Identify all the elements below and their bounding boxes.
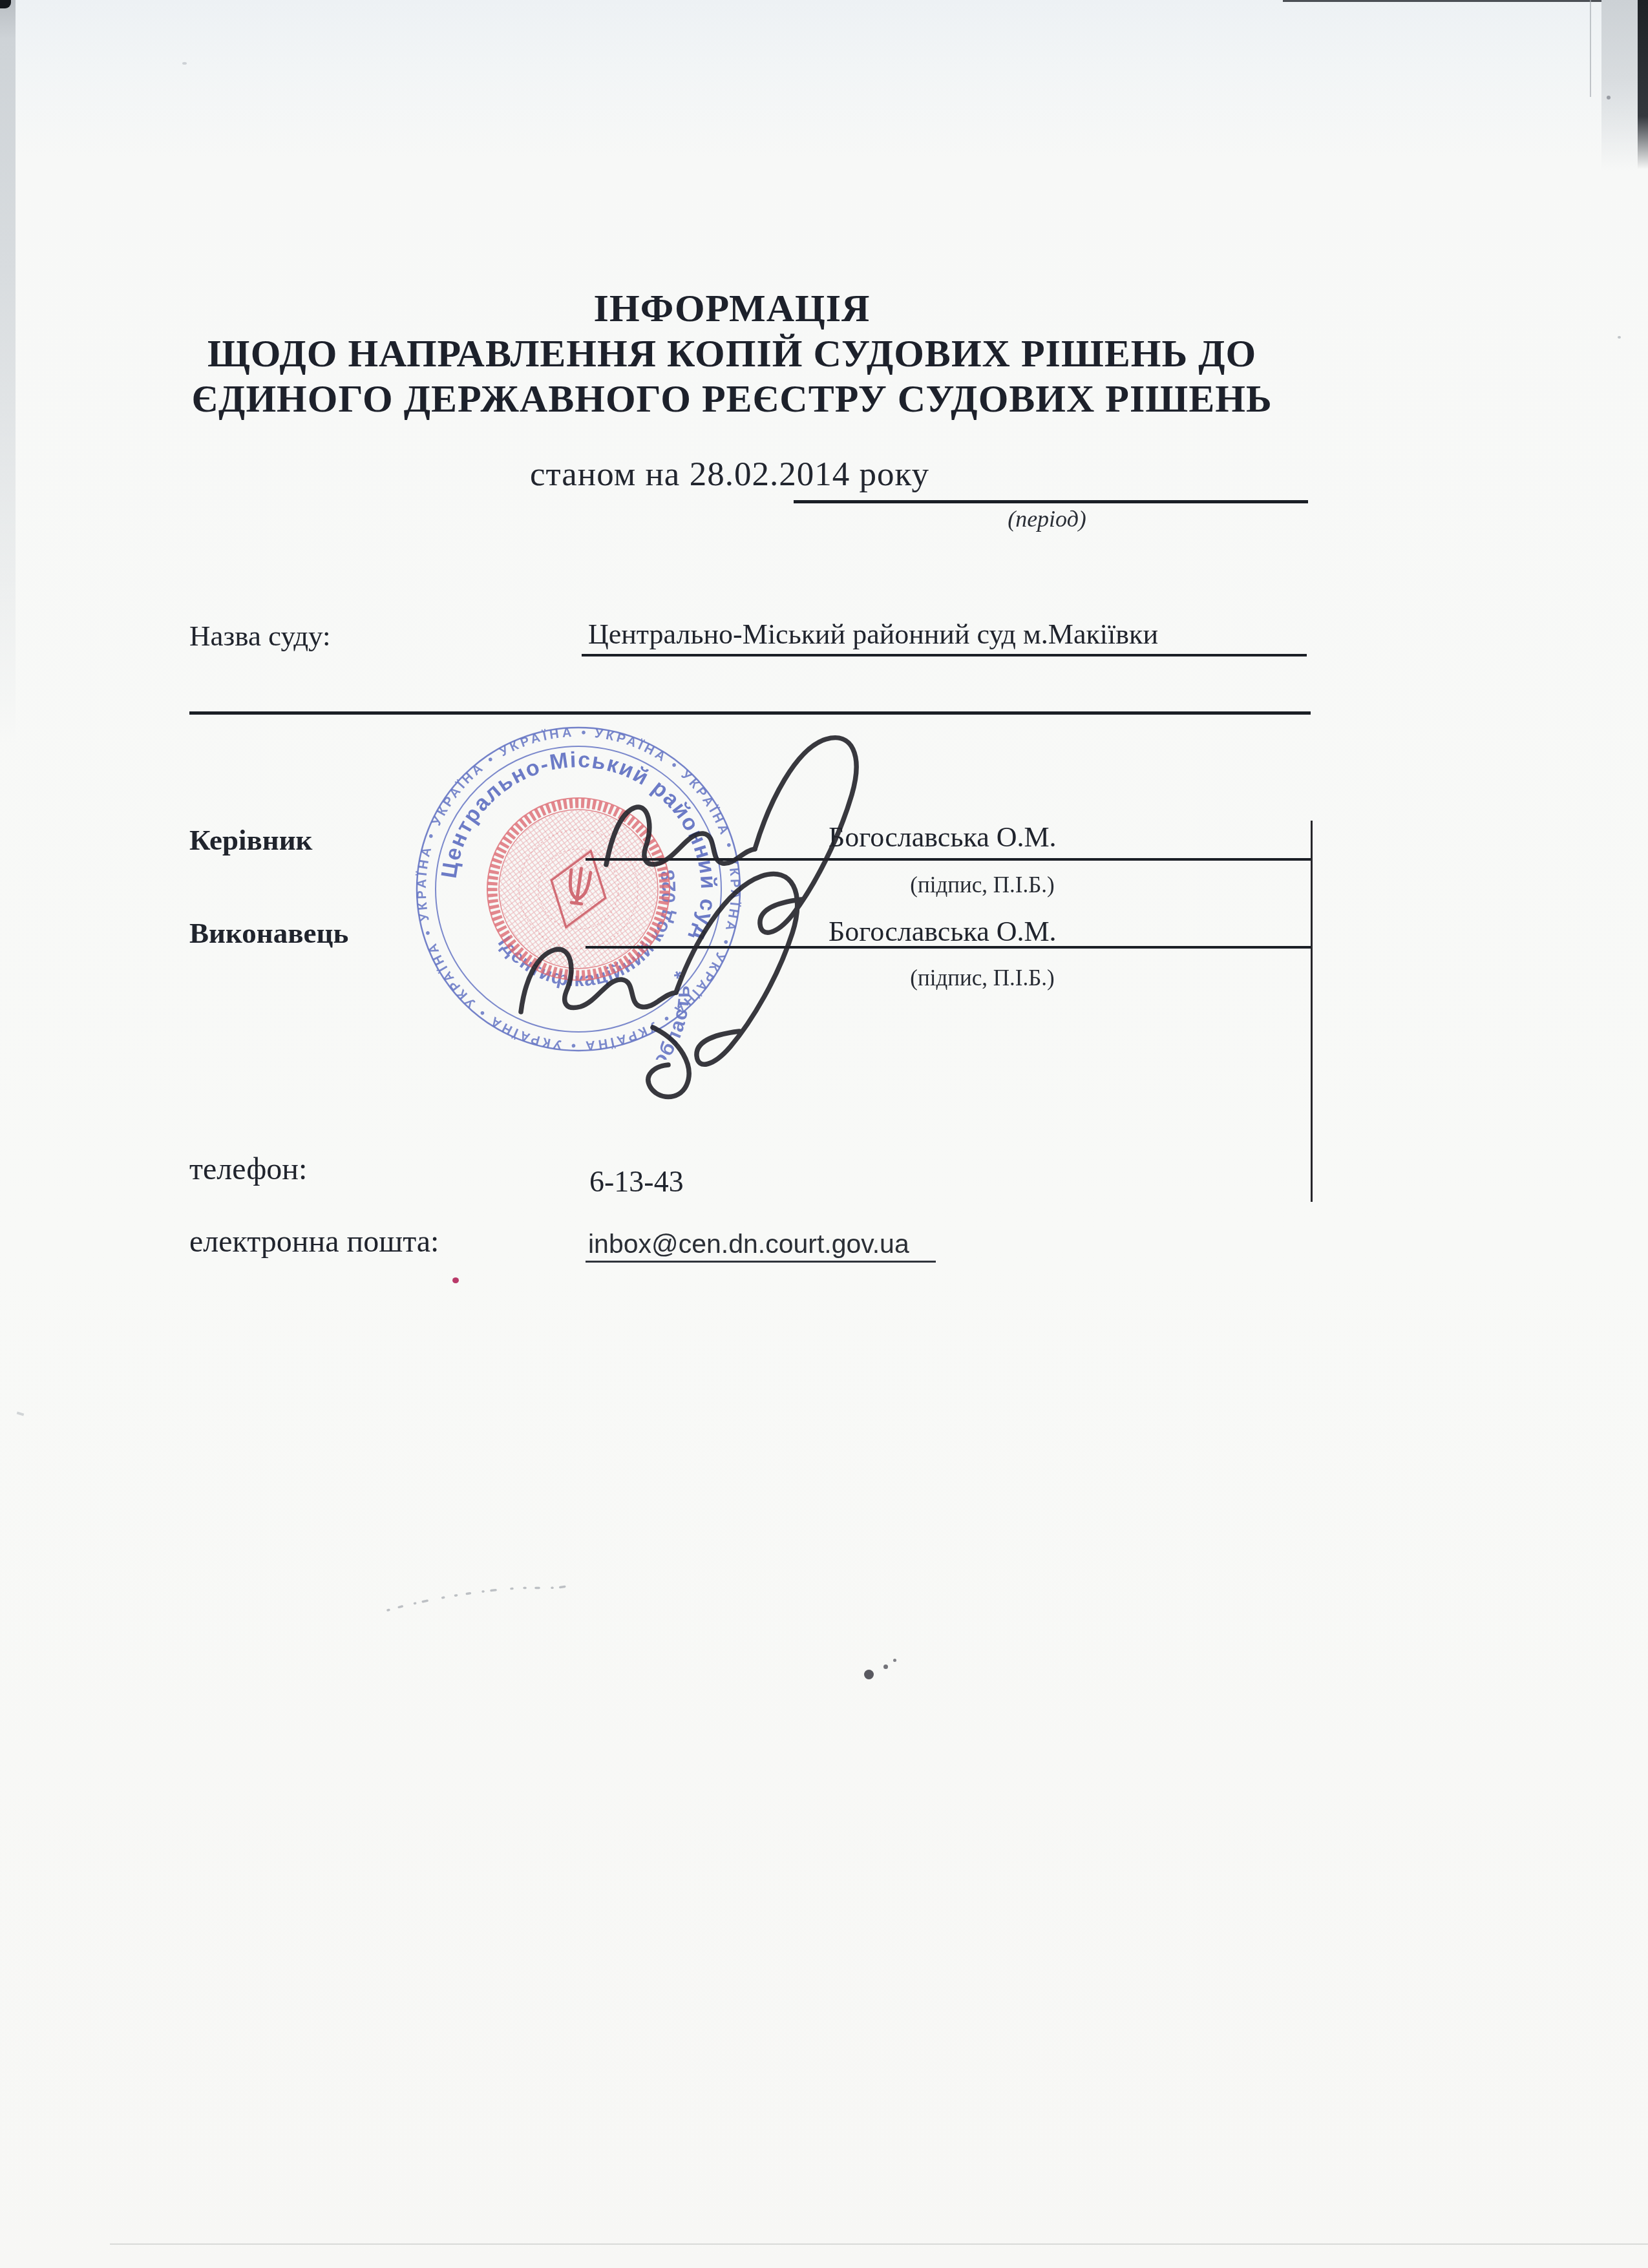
title-line-1: ІНФОРМАЦІЯ [110,286,1354,331]
scan-scratch [1590,0,1591,97]
email-label: електронна пошта: [189,1224,439,1259]
scan-edge-top [1283,0,1648,2]
scan-speck [182,62,187,65]
scan-edge-left [0,0,16,743]
scan-speck [1607,96,1611,100]
phone-value: 6-13-43 [589,1164,684,1199]
title-line-2: ЩОДО НАПРАВЛЕННЯ КОПІЙ СУДОВИХ РІШЕНЬ ДО [110,331,1354,376]
email-value: inbox@cen.dn.court.gov.ua [588,1229,909,1259]
document-title: ІНФОРМАЦІЯ ЩОДО НАПРАВЛЕННЯ КОПІЙ СУДОВИ… [110,286,1354,421]
period-caption: (період) [950,505,1144,532]
scan-edge-right-shade [1601,0,1638,171]
court-name-value: Центрально-Міський районний суд м.Макіїв… [588,618,1158,651]
signature-head [606,738,856,933]
as-of-date-line: станом на 28.02.2014 року [530,455,929,494]
scan-edge-right [1638,0,1648,169]
role-label-head: Керівник [189,823,313,857]
court-name-underline [582,654,1307,656]
scan-edge-bottom [110,2243,1648,2245]
pencil-smudge-trail [385,1573,579,1624]
section-divider-line [189,711,1311,715]
ink-speck-cluster [864,1670,874,1679]
period-underline [794,500,1308,503]
head-signature-caption: (підпис, П.І.Б.) [885,872,1079,898]
title-line-3: ЄДИНОГО ДЕРЖАВНОГО РЕЄСТРУ СУДОВИХ РІШЕН… [110,376,1354,421]
role-label-executor: Виконавець [189,916,348,950]
scan-speck [1618,336,1621,339]
phone-label: телефон: [189,1151,307,1187]
scan-pencil-tick [17,1411,25,1416]
signature-executor [521,874,798,1097]
red-ink-dot [452,1277,459,1283]
form-vertical-border [1311,821,1313,1202]
email-underline [586,1261,936,1263]
executor-signature-caption: (підпис, П.І.Б.) [885,965,1079,991]
court-name-label: Назва суду: [189,619,330,653]
handwritten-signatures [491,717,892,1131]
scanned-court-report-page: { "document": { "title_lines": [ "ІНФОРМ… [0,0,1648,2268]
